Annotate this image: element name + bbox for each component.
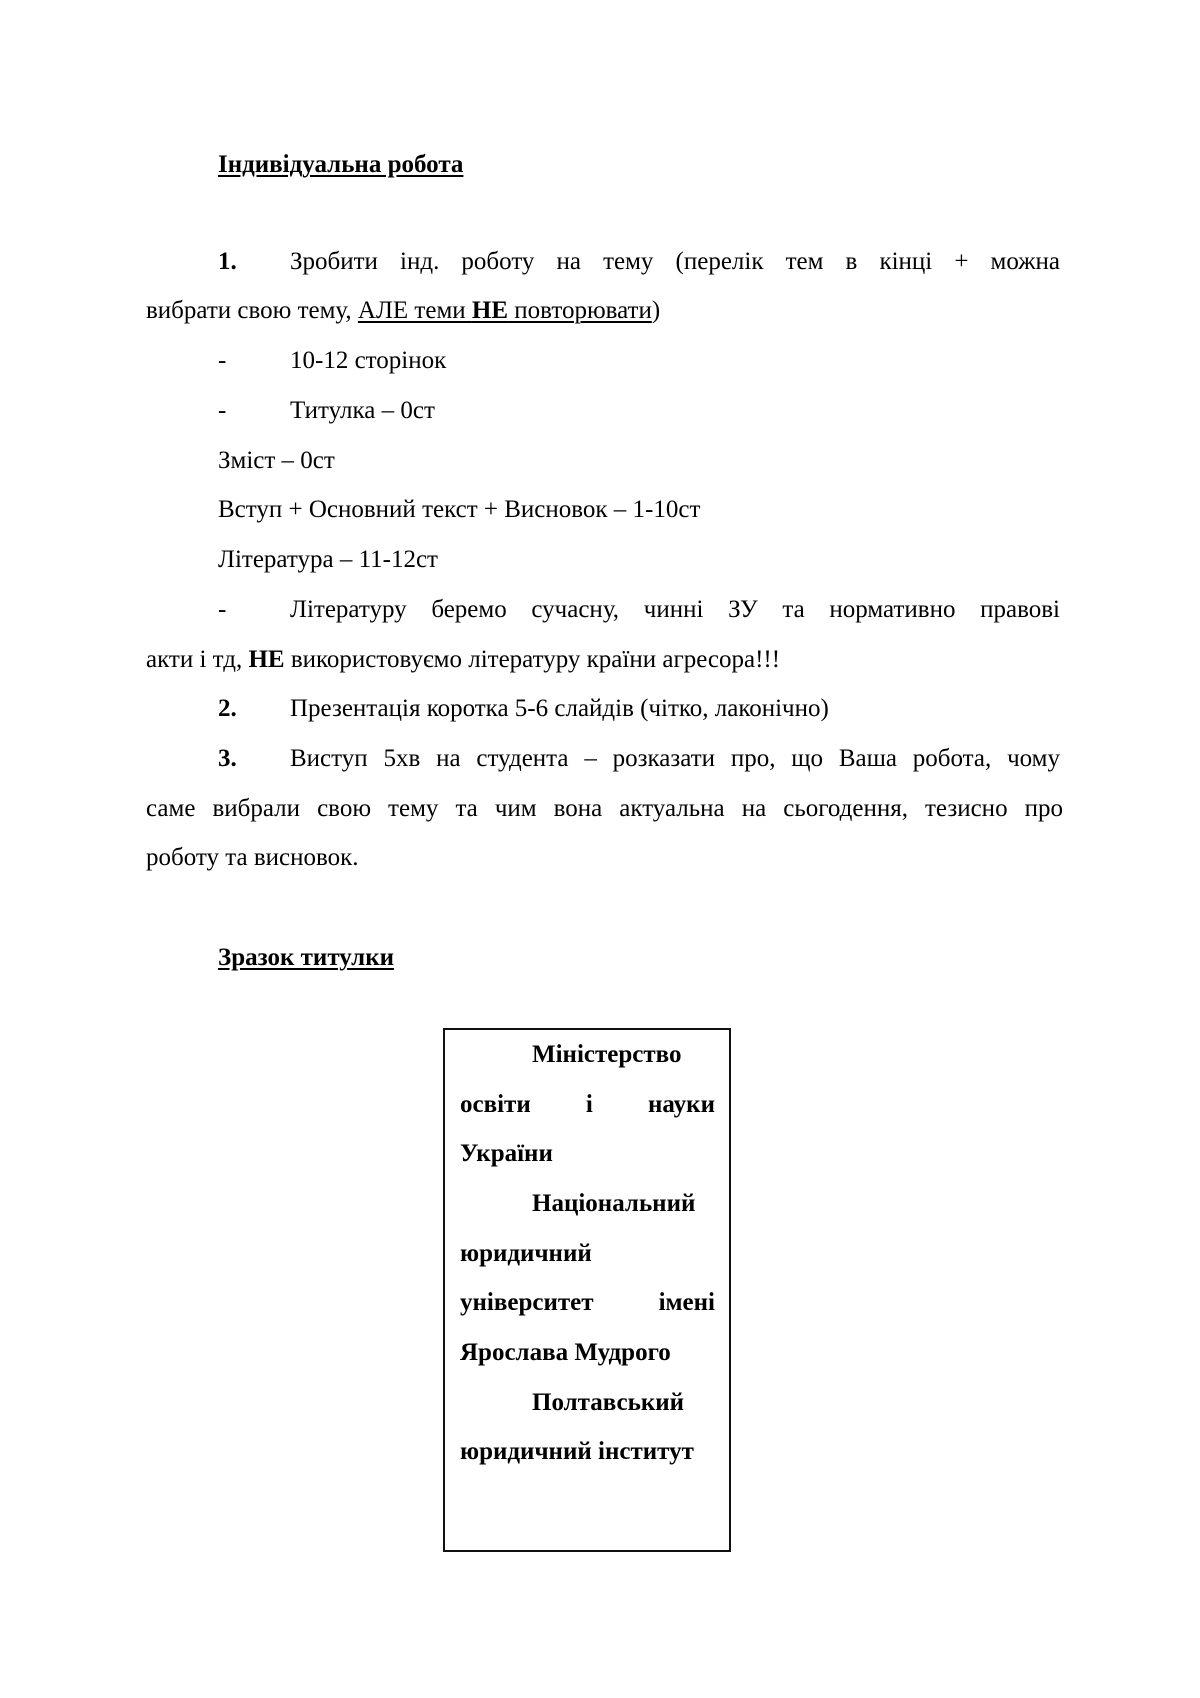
dash-marker: -	[218, 595, 290, 625]
emphasis-text-a: АЛЕ теми	[358, 297, 472, 324]
list-item-3: 3.Виступ 5хв на студента – розказати про…	[218, 744, 1063, 774]
bullet-title-page: -Титулка – 0ст	[218, 396, 435, 426]
list-item-2: 2.Презентація коротка 5-6 слайдів (чітко…	[218, 694, 829, 724]
box-line-yaroslav: Ярослава Мудрого	[460, 1338, 715, 1368]
item-number: 3.	[218, 744, 290, 774]
emphasis-text-b: повторювати	[508, 297, 652, 324]
bullet-pages: -10-12 сторінок	[218, 346, 446, 376]
box-line-institute: юридичний інститут	[460, 1437, 715, 1467]
dash-marker: -	[218, 346, 290, 376]
literature-line-1: Літературу беремо сучасну, чинні ЗУ та н…	[290, 595, 1060, 625]
item-1-text: вибрати свою тему,	[146, 297, 358, 324]
box-line-ukraine: України	[460, 1139, 715, 1169]
body-pages-line: Вступ + Основний текст + Висновок – 1-10…	[218, 495, 700, 525]
item-1-line-2: вибрати свою тему, АЛЕ теми НЕ повторюва…	[146, 296, 660, 326]
emphasis-bold-ne: НЕ	[248, 646, 284, 673]
word: науки	[648, 1090, 715, 1120]
box-line-education-science: освіти і науки	[460, 1090, 715, 1120]
list-item-1: 1.Зробити інд. роботу на тему (перелік т…	[218, 247, 1063, 277]
item-2-text: Презентація коротка 5-6 слайдів (чітко, …	[290, 695, 829, 722]
word: університет	[460, 1288, 594, 1318]
page-title: Індивідуальна робота	[218, 150, 463, 180]
item-3-line-1: Виступ 5хв на студента – розказати про, …	[290, 744, 1060, 774]
item-1-line-1: Зробити інд. роботу на тему (перелік тем…	[290, 247, 1060, 277]
literature-text-b: використовуємо літературу країни агресор…	[285, 646, 780, 673]
sample-heading: Зразок титулки	[218, 943, 394, 973]
item-number: 1.	[218, 247, 290, 277]
dash-marker: -	[218, 396, 290, 426]
contents-line: Зміст – 0ст	[218, 446, 335, 476]
literature-line-2: акти і тд, НЕ використовуємо літературу …	[146, 645, 780, 675]
bullet-text: 10-12 сторінок	[290, 347, 446, 374]
bullet-text: Титулка – 0ст	[290, 397, 435, 424]
item-3-line-2: саме вибрали свою тему та чим вона актуа…	[146, 794, 1063, 824]
item-number: 2.	[218, 694, 290, 724]
item-3-line-3: роботу та висновок.	[146, 843, 359, 873]
emphasis-bold-ne: НЕ	[472, 297, 508, 324]
box-line-university: університет імені	[460, 1288, 715, 1318]
box-line-law: юридичний	[460, 1239, 715, 1269]
bullet-literature: -Літературу беремо сучасну, чинні ЗУ та …	[218, 595, 1063, 625]
closing-paren: )	[652, 297, 660, 324]
title-page-sample-box: Міністерство освіти і науки України Наці…	[443, 1028, 731, 1552]
literature-pages-line: Література – 11-12ст	[218, 545, 438, 575]
box-line-poltava: Полтавський	[460, 1388, 715, 1418]
word: освіти	[460, 1090, 531, 1120]
word: імені	[659, 1288, 715, 1318]
box-line-ministry: Міністерство	[460, 1040, 715, 1070]
word: і	[586, 1090, 593, 1120]
literature-text-a: акти і тд,	[146, 646, 248, 673]
box-line-national: Національний	[460, 1189, 715, 1219]
emphasis-underlined: АЛЕ теми НЕ повторювати	[358, 297, 652, 324]
